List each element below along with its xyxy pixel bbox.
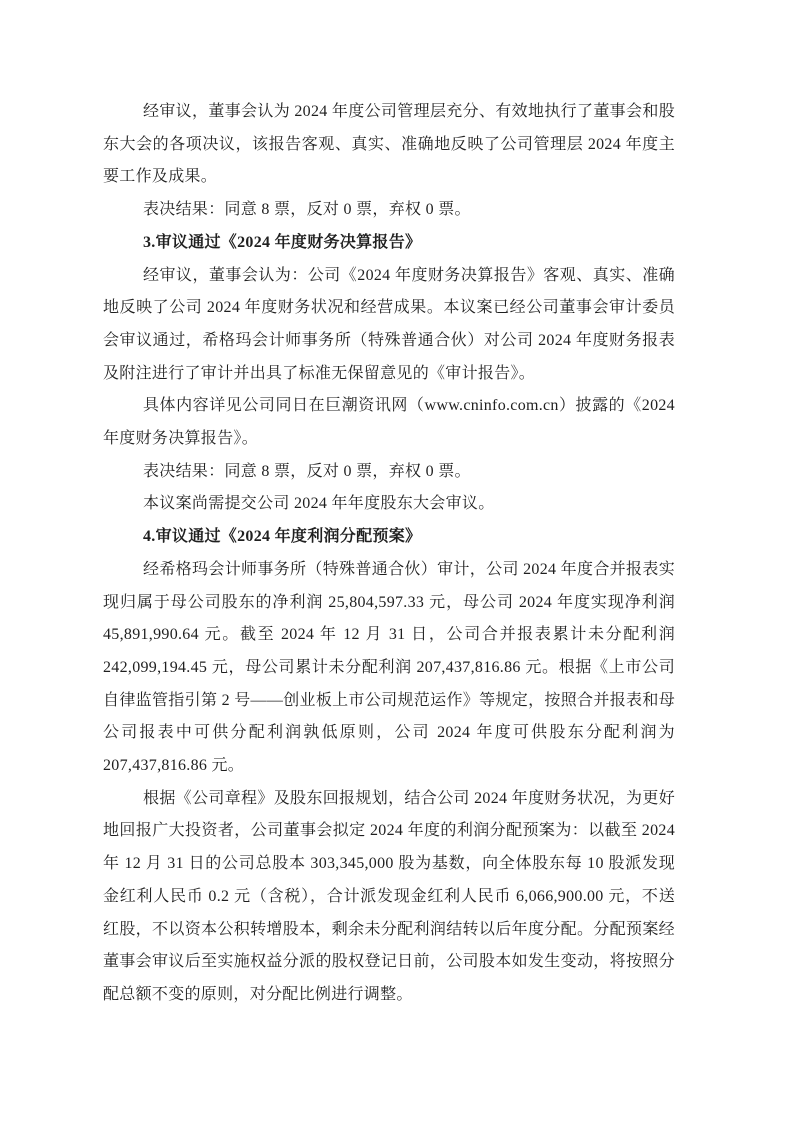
paragraph-dividend-plan: 根据《公司章程》及股东回报规划，结合公司 2024 年度财务状况，为更好地回报广… — [103, 783, 675, 1012]
document-page: 经审议，董事会认为 2024 年度公司管理层充分、有效地执行了董事会和股东大会的… — [0, 0, 794, 1122]
paragraph-work-report-opinion: 经审议，董事会认为 2024 年度公司管理层充分、有效地执行了董事会和股东大会的… — [103, 96, 675, 194]
section-heading-item4: 4.审议通过《2024 年度利润分配预案》 — [103, 521, 675, 554]
document-content: 经审议，董事会认为 2024 年度公司管理层充分、有效地执行了董事会和股东大会的… — [103, 96, 675, 1012]
paragraph-vote-result-item3: 表决结果：同意 8 票，反对 0 票，弃权 0 票。 — [103, 456, 675, 489]
paragraph-shareholder-meeting-note: 本议案尚需提交公司 2024 年年度股东大会审议。 — [103, 488, 675, 521]
paragraph-vote-result-item2: 表决结果：同意 8 票，反对 0 票，弃权 0 票。 — [103, 194, 675, 227]
paragraph-profit-figures: 经希格玛会计师事务所（特殊普通合伙）审计，公司 2024 年度合并报表实现归属于… — [103, 554, 675, 783]
paragraph-disclosure-reference: 具体内容详见公司同日在巨潮资讯网（www.cninfo.com.cn）披露的《2… — [103, 390, 675, 455]
section-heading-item3: 3.审议通过《2024 年度财务决算报告》 — [103, 227, 675, 260]
paragraph-financial-report-opinion: 经审议，董事会认为：公司《2024 年度财务决算报告》客观、真实、准确地反映了公… — [103, 260, 675, 391]
